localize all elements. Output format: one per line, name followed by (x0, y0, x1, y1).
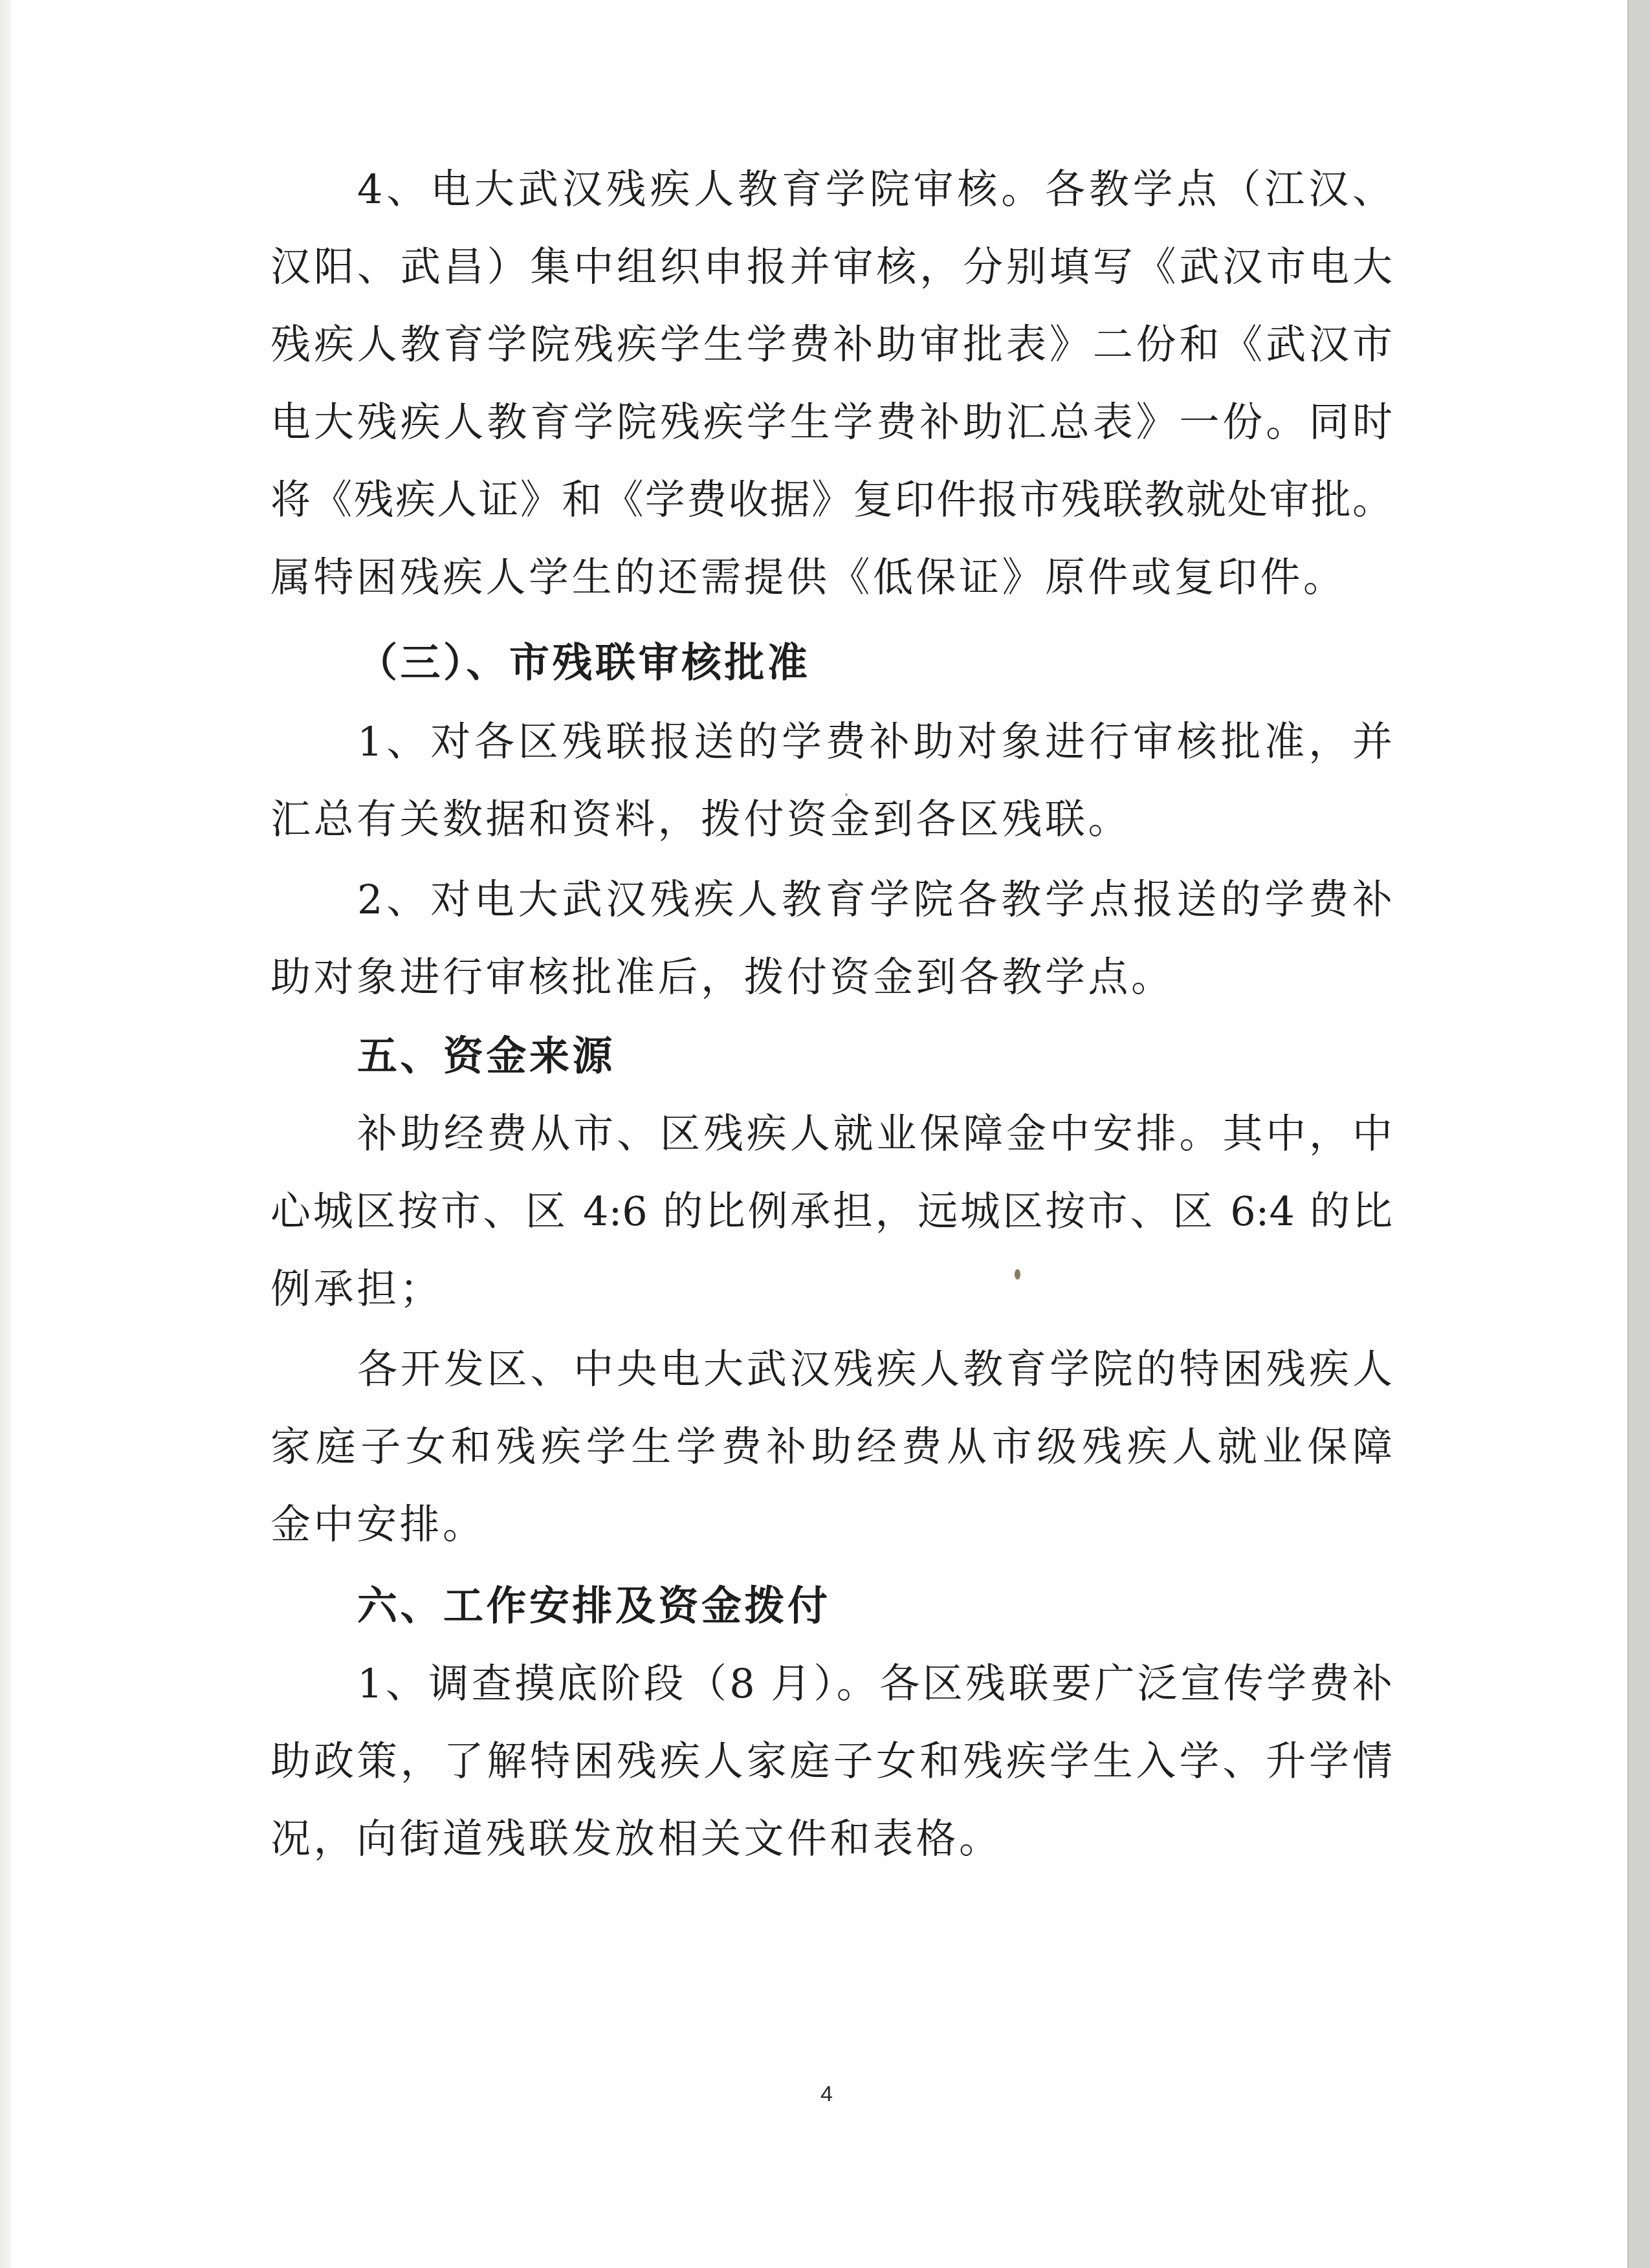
paragraph-line: 4、电大武汉残疾人教育学院审核。各教学点（江汉、 (357, 167, 1392, 212)
paragraph-line: 例承担； (270, 1267, 443, 1312)
section-heading: （三）、市残联审核批准 (357, 640, 811, 686)
section-heading: 六、工作安排及资金拨付 (357, 1584, 831, 1629)
scan-speck (1015, 1269, 1020, 1280)
paragraph-line: 补助经费从市、区残疾人就业保障金中安排。其中，中 (357, 1111, 1392, 1157)
paragraph-line: 金中安排。 (270, 1502, 486, 1547)
paragraph-line: 残疾人教育学院残疾学生学费补助审批表》二份和《武汉市 (270, 322, 1392, 367)
paragraph-line: 各开发区、中央电大武汉残疾人教育学院的特困残疾人 (357, 1347, 1392, 1392)
paragraph-line: 1、调查摸底阶段（8 月）。各区残联要广泛宣传学费补 (357, 1661, 1392, 1706)
paragraph-line: 心城区按市、区 4:6 的比例承担，远城区按市、区 6:4 的比 (270, 1189, 1392, 1234)
paragraph-line: 助对象进行审核批准后，拨付资金到各教学点。 (270, 955, 1174, 1000)
paragraph-line: 将《残疾人证》和《学费收据》复印件报市残联教就处审批。 (270, 477, 1392, 523)
paragraph-line: 助政策，了解特困残疾人家庭子女和残疾学生入学、升学情 (270, 1739, 1392, 1784)
paragraph-line: 属特困残疾人学生的还需提供《低保证》原件或复印件。 (270, 555, 1347, 600)
paragraph-line: 电大残疾人教育学院残疾学生学费补助汇总表》一份。同时 (270, 400, 1392, 445)
paragraph-line: 汇总有关数据和资料，拨付资金到各区残联。 (270, 797, 1131, 842)
page-number: 4 (820, 2082, 833, 2107)
paragraph-line: 1、对各区残联报送的学费补助对象进行审核批准，并 (357, 719, 1392, 765)
paragraph-line: 2、对电大武汉残疾人教育学院各教学点报送的学费补 (357, 877, 1392, 922)
scan-speck (845, 793, 848, 796)
paragraph-line: 家庭子女和残疾学生学费补助经费从市级残疾人就业保障 (270, 1424, 1392, 1470)
document-page: 4、电大武汉残疾人教育学院审核。各教学点（江汉、 汉阳、武昌）集中组织申报并审核… (0, 0, 1650, 2268)
section-heading: 五、资金来源 (357, 1034, 615, 1079)
paragraph-line: 况，向街道残联发放相关文件和表格。 (270, 1816, 1002, 1862)
paragraph-line: 汉阳、武昌）集中组织申报并审核，分别填写《武汉市电大 (270, 245, 1392, 290)
